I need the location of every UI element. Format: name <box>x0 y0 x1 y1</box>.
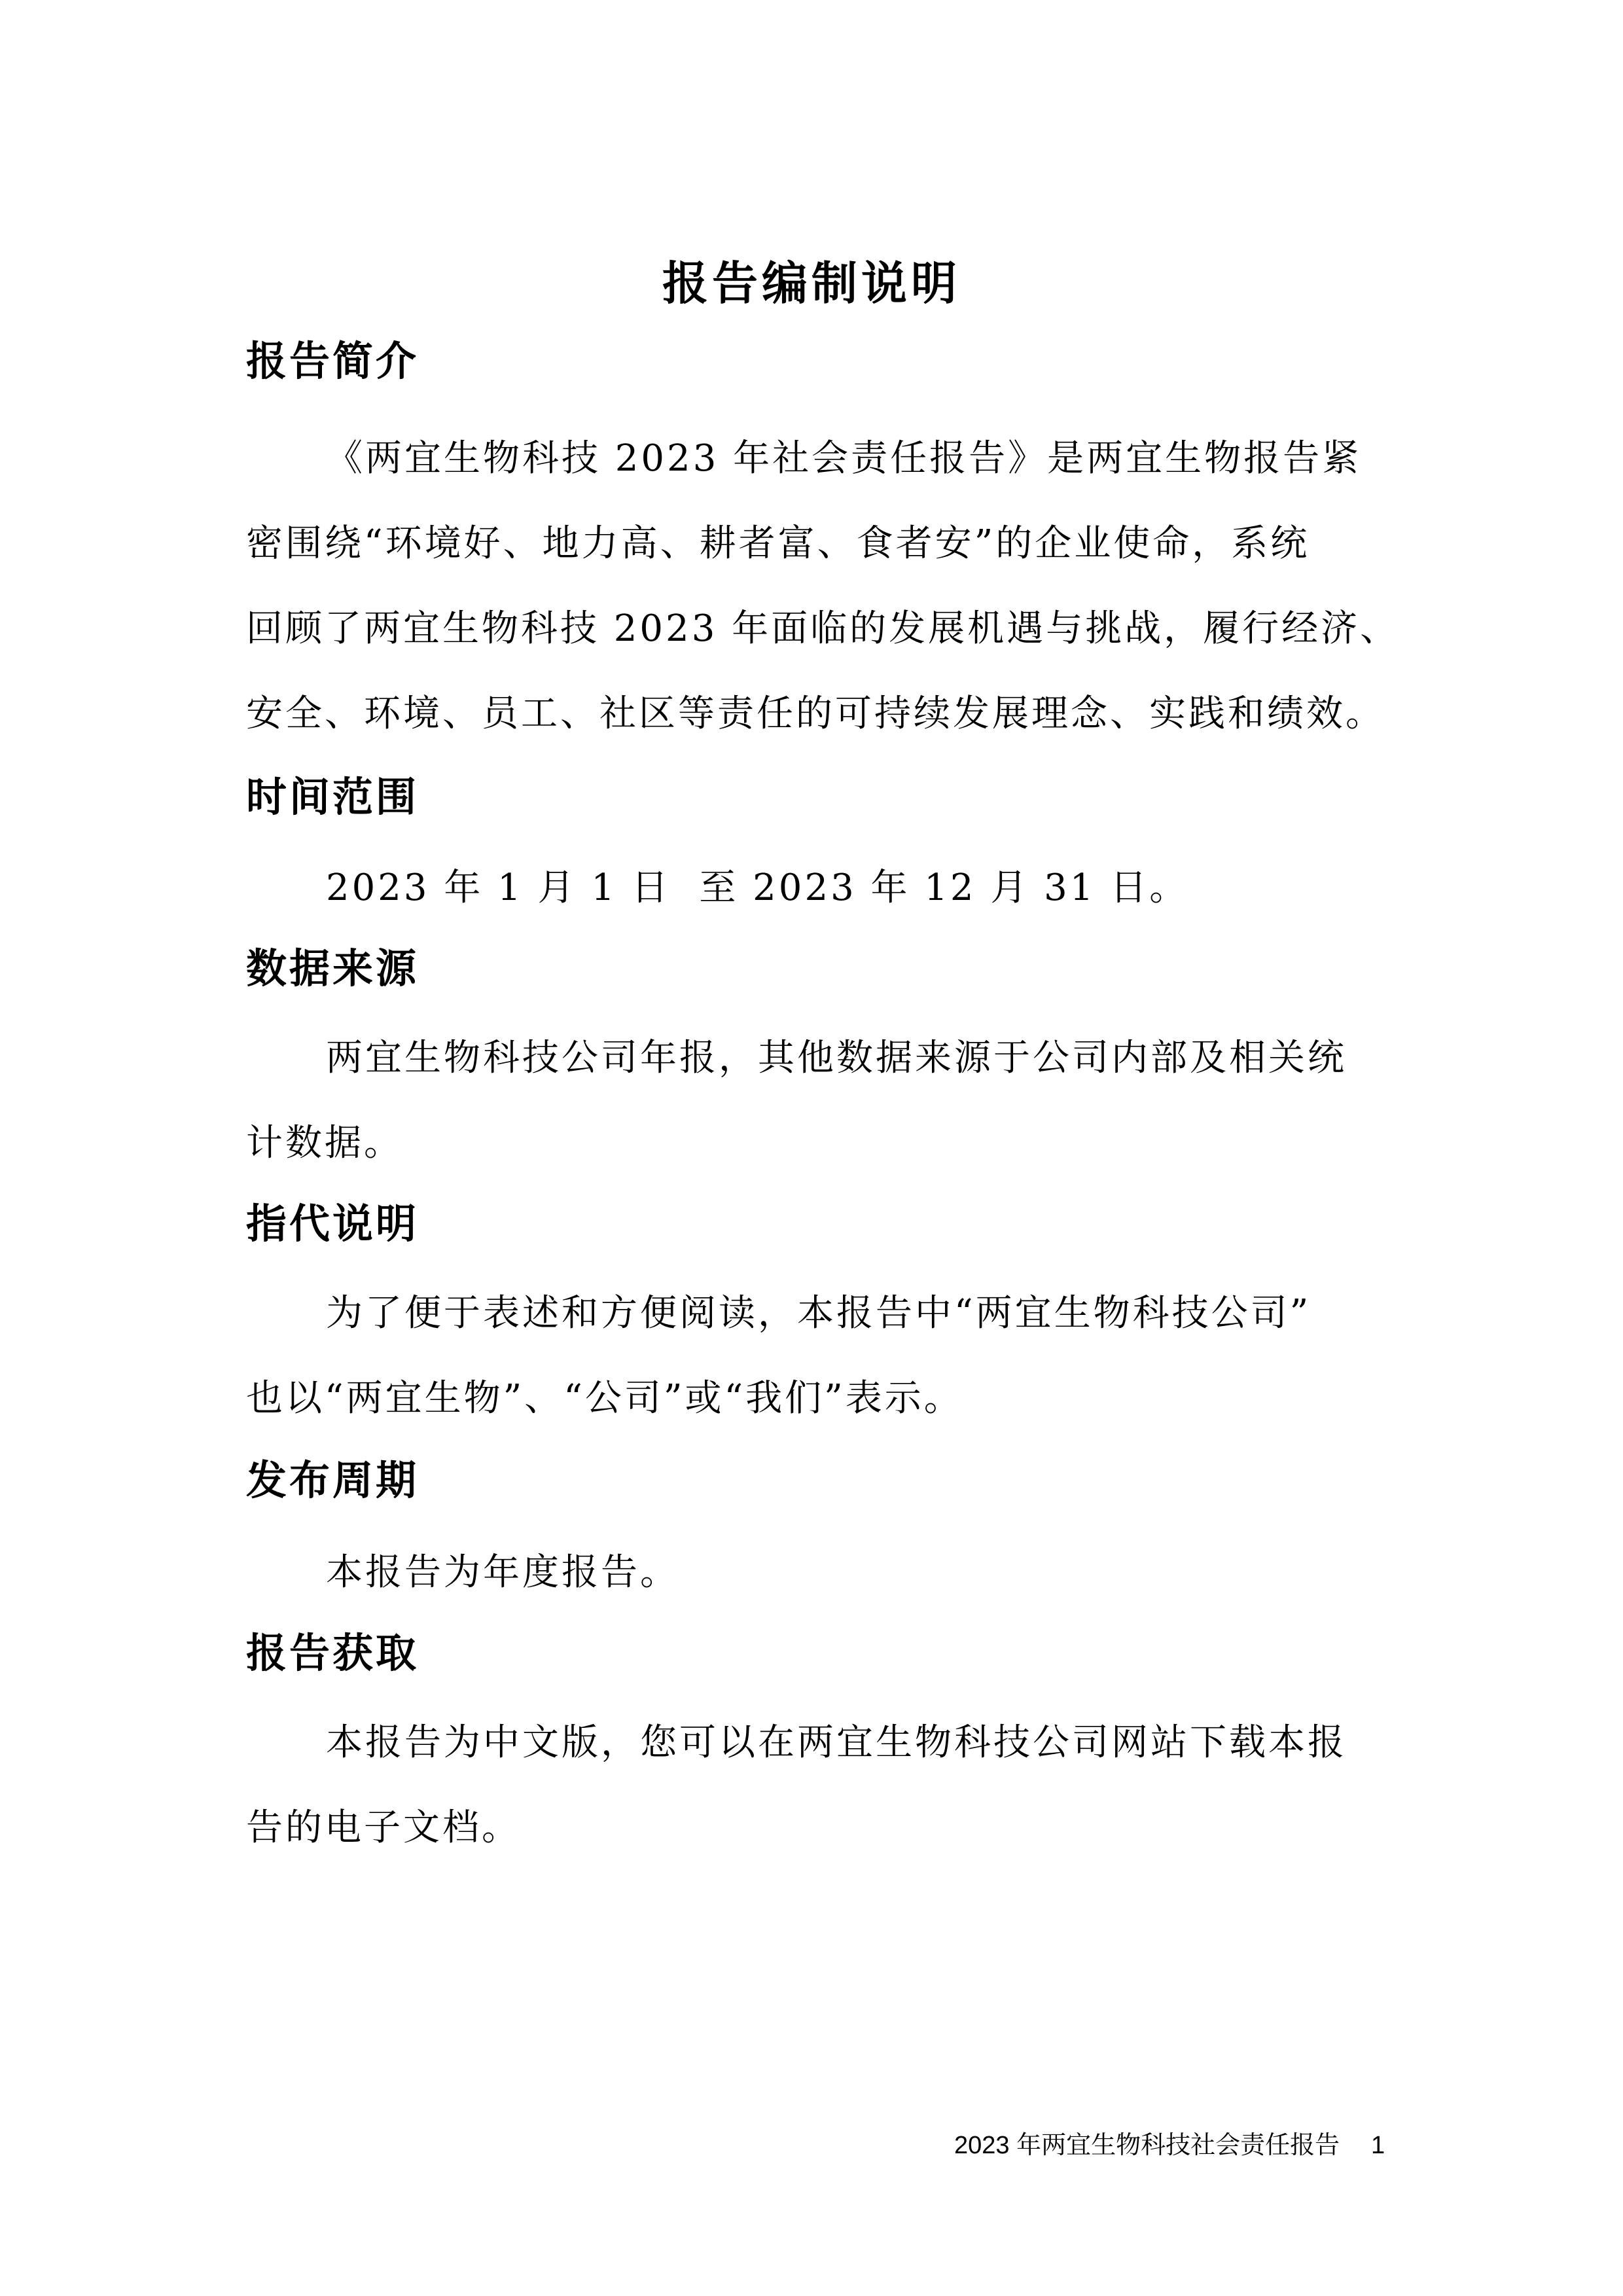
section-heading-report-intro: 报告简介 <box>246 335 419 387</box>
document-page: 报告编制说明 报告简介 《两宜生物科技 2023 年社会责任报告》是两宜生物报告… <box>0 0 1623 2296</box>
paragraph-line: 本报告为年度报告。 <box>246 1530 1373 1615</box>
page-title: 报告编制说明 <box>0 254 1623 313</box>
paragraph-line: 告的电子文档。 <box>246 1785 1373 1871</box>
section-heading-time-range: 时间范围 <box>246 771 419 823</box>
section-body-report-access: 本报告为中文版，您可以在两宜生物科技公司网站下载本报 告的电子文档。 <box>246 1700 1373 1871</box>
paragraph-line: 安全、环境、员工、社区等责任的可持续发展理念、实践和绩效。 <box>246 672 1373 757</box>
section-heading-publication-cycle: 发布周期 <box>246 1454 419 1507</box>
paragraph-line: 回顾了两宜生物科技 2023 年面临的发展机遇与挑战，履行经济、 <box>246 586 1373 672</box>
page-footer: 2023 年两宜生物科技社会责任报告 1 <box>942 2126 1387 2165</box>
section-heading-data-source: 数据来源 <box>246 942 419 995</box>
section-heading-report-access: 报告获取 <box>246 1627 419 1679</box>
section-body-data-source: 两宜生物科技公司年报，其他数据来源于公司内部及相关统 计数据。 <box>246 1016 1373 1186</box>
section-heading-terminology: 指代说明 <box>246 1198 419 1250</box>
paragraph-line: 《两宜生物科技 2023 年社会责任报告》是两宜生物报告紧 <box>246 416 1373 501</box>
paragraph-line: 2023 年 1 月 1 日 至 2023 年 12 月 31 日。 <box>246 846 1373 931</box>
paragraph-line: 本报告为中文版，您可以在两宜生物科技公司网站下载本报 <box>246 1700 1373 1785</box>
section-body-terminology: 为了便于表述和方便阅读，本报告中“两宜生物科技公司” 也以“两宜生物”、“公司”… <box>246 1271 1373 1441</box>
section-body-time-range: 2023 年 1 月 1 日 至 2023 年 12 月 31 日。 <box>246 846 1373 931</box>
paragraph-line: 计数据。 <box>246 1101 1373 1186</box>
paragraph-line: 密围绕“环境好、地力高、耕者富、食者安”的企业使命，系统 <box>246 501 1373 586</box>
paragraph-line: 也以“两宜生物”、“公司”或“我们”表示。 <box>246 1356 1373 1441</box>
paragraph-line: 为了便于表述和方便阅读，本报告中“两宜生物科技公司” <box>246 1271 1373 1356</box>
section-body-publication-cycle: 本报告为年度报告。 <box>246 1530 1373 1615</box>
paragraph-line: 两宜生物科技公司年报，其他数据来源于公司内部及相关统 <box>246 1016 1373 1101</box>
page-number: 1 <box>1371 2126 1385 2165</box>
section-body-report-intro: 《两宜生物科技 2023 年社会责任报告》是两宜生物报告紧 密围绕“环境好、地力… <box>246 416 1373 757</box>
footer-report-title: 2023 年两宜生物科技社会责任报告 <box>954 2126 1340 2165</box>
